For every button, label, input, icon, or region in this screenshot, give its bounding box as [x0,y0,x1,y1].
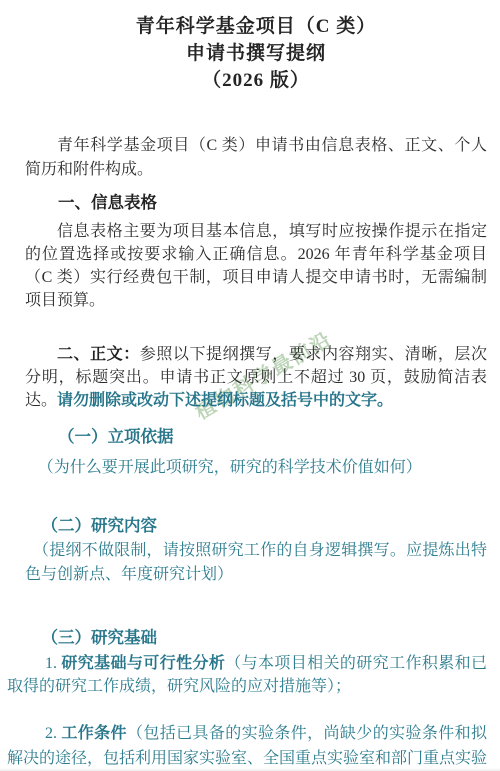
main-text-notice: 请勿删除或改动下述提纲标题及括号中的文字。 [57,392,393,409]
item-1-title: 研究基础与可行性分析 [61,655,225,672]
document-page: 植物科学最前沿 青年科学基金项目（C 类） 申请书撰写提纲 （2026 版） 青… [0,0,500,771]
outline-item-2: 2. 工作条件（包括已具备的实验条件，尚缺少的实验条件和拟解决的途径，包括利用国… [7,722,487,771]
main-text-paragraph: 二、正文：参照以下提纲撰写，要求内容翔实、清晰，层次分明，标题突出。申请书正文原… [25,343,487,412]
info-form-paragraph: 信息表格主要为项目基本信息，填写时应按操作提示在指定的位置选择或按要求输入正确信… [25,220,487,312]
item-2-number: 2. [45,725,61,742]
outline-heading-3: （三）研究基础 [25,628,487,648]
outline-note-2: （提纲不做限制，请按照研究工作的自身逻辑撰写。应提炼出特色与创新点、年度研究计划… [25,539,487,586]
page-title-line-2: 申请书撰写提纲 [25,40,487,67]
main-text-label: 二、正文： [57,346,140,363]
intro-paragraph: 青年科学基金项目（C 类）申请书由信息表格、正文、个人简历和附件构成。 [25,134,487,181]
page-title-line-3: （2026 版） [25,67,487,94]
document-content: 青年科学基金项目（C 类） 申请书撰写提纲 （2026 版） 青年科学基金项目（… [25,0,487,771]
item-2-title: 工作条件 [61,725,127,742]
outline-heading-2: （二）研究内容 [25,516,487,536]
page-title: 青年科学基金项目（C 类） 申请书撰写提纲 （2026 版） [25,0,487,94]
outline-item-1: 1. 研究基础与可行性分析（与本项目相关的研究工作积累和已取得的研究工作成绩，研… [7,653,487,698]
item-1-number: 1. [45,655,61,672]
outline-heading-1: （一）立项依据 [25,427,487,447]
outline-note-1: （为什么要开展此项研究，研究的科学技术价值如何） [25,456,487,479]
page-title-line-1: 青年科学基金项目（C 类） [25,13,487,40]
section-heading-info-form: 一、信息表格 [25,193,487,213]
